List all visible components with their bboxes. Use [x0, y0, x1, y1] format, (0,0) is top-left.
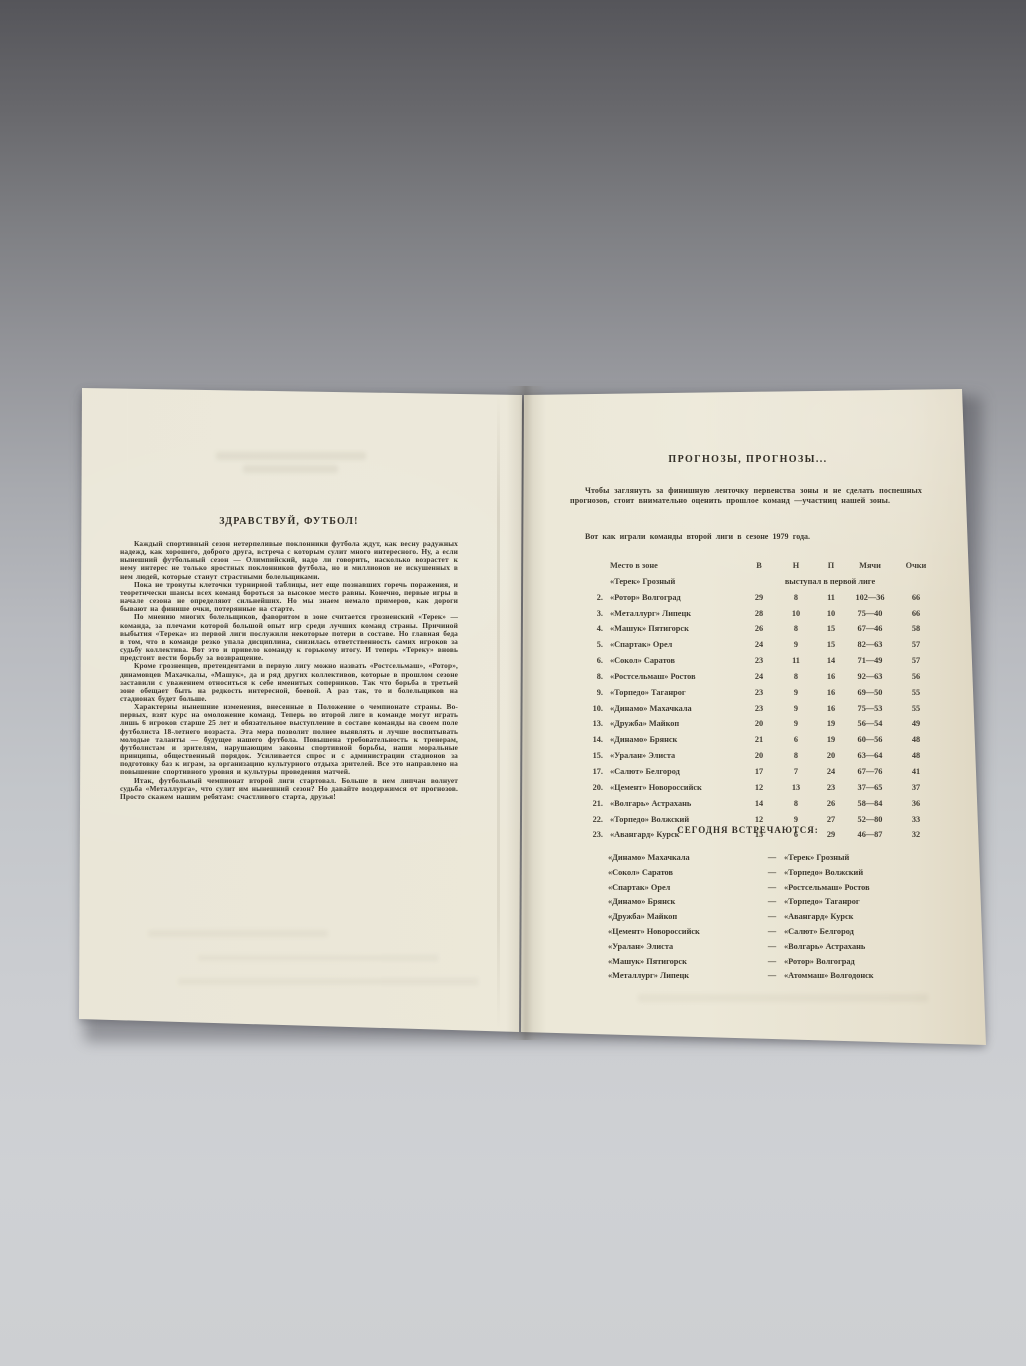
cell-wins: 24: [750, 640, 768, 649]
cell-wins: 28: [750, 609, 768, 618]
matchup-row: «Металлург» Липецк — «Атоммаш» Волгодонс…: [608, 971, 948, 986]
cell-points: 36: [895, 799, 937, 808]
cell-team: «Спартак» Орел: [603, 640, 750, 649]
home-team: «Сокол» Саратов: [608, 868, 760, 877]
vs-dash: —: [760, 883, 784, 892]
cell-losses: 26: [822, 799, 840, 808]
table-row: 14. «Динамо» Брянск 21 6 19 60—56 48: [583, 735, 928, 751]
cell-goals: 102—36: [845, 593, 895, 602]
cell-points: 57: [895, 656, 937, 665]
cell-place: 10.: [583, 704, 603, 713]
cell-points: 48: [895, 735, 937, 744]
home-team: «Динамо» Махачкала: [608, 853, 760, 862]
cell-place: 13.: [583, 719, 603, 728]
print-bleed-ghost: [216, 452, 366, 460]
table-header-row: Место в зоне В Н П Мячи Очки: [583, 561, 928, 577]
table-row: 4. «Машук» Пятигорск 26 8 15 67—46 58: [583, 624, 928, 640]
cell-points: 58: [895, 624, 937, 633]
home-team: «Уралан» Элиста: [608, 942, 760, 951]
article-paragraph: Характерны нынешние изменения, внесенные…: [120, 703, 458, 776]
cell-wins: 29: [750, 593, 768, 602]
cell-draws: 9: [787, 815, 805, 824]
vs-dash: —: [760, 927, 784, 936]
cell-draws: 13: [787, 783, 805, 792]
cell-points: 56: [895, 672, 937, 681]
away-team: «Авангард» Курск: [784, 912, 948, 921]
cell-goals: 60—56: [845, 735, 895, 744]
away-team: «Торпедо» Таганрог: [784, 897, 948, 906]
cell-place: 14.: [583, 735, 603, 744]
table-row: 5. «Спартак» Орел 24 9 15 82—63 57: [583, 640, 928, 656]
cell-losses: 24: [822, 767, 840, 776]
left-page-article: Каждый спортивный сезон нетерпеливые пок…: [120, 540, 458, 801]
cell-points: 55: [895, 688, 937, 697]
cell-draws: 7: [787, 767, 805, 776]
cell-draws: 11: [787, 656, 805, 665]
cell-draws: 9: [787, 640, 805, 649]
cell-draws: 9: [787, 704, 805, 713]
cell-place: 21.: [583, 799, 603, 808]
vs-dash: —: [760, 957, 784, 966]
cell-place: 22.: [583, 815, 603, 824]
matchup-row: «Спартак» Орел — «Ростсельмаш» Ростов: [608, 883, 948, 898]
cell-wins: 23: [750, 704, 768, 713]
print-bleed-ghost: [243, 465, 338, 473]
cell-goals: 56—54: [845, 719, 895, 728]
table-row: 6. «Сокол» Саратов 23 11 14 71—49 57: [583, 656, 928, 672]
cell-team: «Торпедо» Таганрог: [603, 688, 750, 697]
matchup-rows: «Динамо» Махачкала — «Терек» Грозный «Со…: [608, 853, 948, 986]
vs-dash: —: [760, 942, 784, 951]
cell-place: 4.: [583, 624, 603, 633]
cell-team: «Торпедо» Волжский: [603, 815, 750, 824]
table-row: 13. «Дружба» Майкоп 20 9 19 56—54 49: [583, 719, 928, 735]
cell-goals: 92—63: [845, 672, 895, 681]
matchup-row: «Динамо» Брянск — «Торпедо» Таганрог: [608, 897, 948, 912]
cell-wins: 26: [750, 624, 768, 633]
cell-losses: 15: [822, 640, 840, 649]
vs-dash: —: [760, 853, 784, 862]
table-row: 10. «Динамо» Махачкала 23 9 16 75—53 55: [583, 704, 928, 720]
cell-losses: 15: [822, 624, 840, 633]
cell-draws: 10: [787, 609, 805, 618]
article-paragraph: Кроме грозненцев, претендентами в первую…: [120, 662, 458, 703]
away-team: «Торпедо» Волжский: [784, 868, 948, 877]
cell-draws: 9: [787, 688, 805, 697]
home-team: «Машук» Пятигорск: [608, 957, 760, 966]
matchup-row: «Уралан» Элиста — «Волгарь» Астрахань: [608, 942, 948, 957]
cell-losses: 16: [822, 688, 840, 697]
cell-points: 66: [895, 609, 937, 618]
matchup-row: «Цемент» Новороссийск — «Салют» Белгород: [608, 927, 948, 942]
cell-team: «Динамо» Махачкала: [603, 704, 750, 713]
cell-draws: 8: [787, 593, 805, 602]
cell-losses: 27: [822, 815, 840, 824]
cell-team: «Уралан» Элиста: [603, 751, 750, 760]
article-paragraph: По мнению многих болельщиков, фаворитом …: [120, 613, 458, 662]
vs-dash: —: [760, 912, 784, 921]
cell-wins: 20: [750, 719, 768, 728]
cell-losses: 19: [822, 735, 840, 744]
header-points: Очки: [895, 561, 937, 570]
table-row: 3. «Металлург» Липецк 28 10 10 75—40 66: [583, 609, 928, 625]
cell-points: 33: [895, 815, 937, 824]
cell-place: 2.: [583, 593, 603, 602]
vs-dash: —: [760, 897, 784, 906]
cell-losses: 11: [822, 593, 840, 602]
cell-wins: 12: [750, 783, 768, 792]
cell-wins: 21: [750, 735, 768, 744]
cell-wins: 23: [750, 656, 768, 665]
cell-goals: 67—46: [845, 624, 895, 633]
cell-place: 20.: [583, 783, 603, 792]
cell-team: «Сокол» Саратов: [603, 656, 750, 665]
vs-dash: —: [760, 868, 784, 877]
article-paragraph: Итак, футбольный чемпионат второй лиги с…: [120, 777, 458, 801]
away-team: «Волгарь» Астрахань: [784, 942, 948, 951]
cell-goals: 71—49: [845, 656, 895, 665]
table-row: 8. «Ростсельмаш» Ростов 24 8 16 92—63 56: [583, 672, 928, 688]
print-bleed-ghost: [148, 930, 328, 937]
matchup-row: «Сокол» Саратов — «Торпедо» Волжский: [608, 868, 948, 883]
away-team: «Атоммаш» Волгодонск: [784, 971, 948, 980]
right-page-title: ПРОГНОЗЫ, ПРОГНОЗЫ...: [573, 454, 923, 465]
table-row: 21. «Волгарь» Астрахань 14 8 26 58—84 36: [583, 799, 928, 815]
home-team: «Спартак» Орел: [608, 883, 760, 892]
cell-goals: 82—63: [845, 640, 895, 649]
away-team: «Ротор» Волгоград: [784, 957, 948, 966]
cell-goals: 37—65: [845, 783, 895, 792]
cell-goals: 63—64: [845, 751, 895, 760]
cell-goals: 75—53: [845, 704, 895, 713]
cell-points: 49: [895, 719, 937, 728]
cell-draws: 8: [787, 751, 805, 760]
cell-wins: 17: [750, 767, 768, 776]
open-booklet: ЗДРАВСТВУЙ, ФУТБОЛ! Каждый спортивный се…: [78, 382, 990, 1054]
cell-losses: 23: [822, 783, 840, 792]
cell-team: «Ротор» Волгоград: [603, 593, 750, 602]
cell-points: 55: [895, 704, 937, 713]
home-team: «Цемент» Новороссийск: [608, 927, 760, 936]
cell-team: «Динамо» Брянск: [603, 735, 750, 744]
home-team: «Дружба» Майкоп: [608, 912, 760, 921]
cell-wins: 14: [750, 799, 768, 808]
cell-losses: 20: [822, 751, 840, 760]
cell-wins: 24: [750, 672, 768, 681]
forecast-intro: Чтобы заглянуть за финишную ленточку пер…: [570, 486, 922, 507]
cell-team: «Металлург» Липецк: [603, 609, 750, 618]
cell-team: «Волгарь» Астрахань: [603, 799, 750, 808]
today-heading: СЕГОДНЯ ВСТРЕЧАЮТСЯ:: [573, 825, 923, 835]
print-bleed-ghost: [198, 955, 438, 961]
away-team: «Терек» Грозный: [784, 853, 948, 862]
matchups-list: «Динамо» Махачкала — «Терек» Грозный «Со…: [608, 853, 948, 986]
cell-place: 17.: [583, 767, 603, 776]
cell-points: 48: [895, 751, 937, 760]
article-paragraph: Пока не тронуты клеточки турнирной табли…: [120, 581, 458, 614]
cell-points: 41: [895, 767, 937, 776]
cell-draws: 8: [787, 672, 805, 681]
cell-place: 5.: [583, 640, 603, 649]
table-row: 17. «Салют» Белгород 17 7 24 67—76 41: [583, 767, 928, 783]
cell-team: «Дружба» Майкоп: [603, 719, 750, 728]
home-team: «Металлург» Липецк: [608, 971, 760, 980]
away-team: «Ростсельмаш» Ростов: [784, 883, 948, 892]
left-page-title: ЗДРАВСТВУЙ, ФУТБОЛ!: [120, 516, 458, 527]
vs-dash: —: [760, 971, 784, 980]
header-place-label: Место в зоне: [603, 561, 750, 570]
cell-note: выступал в первой лиге: [745, 577, 915, 586]
cell-wins: 12: [750, 815, 768, 824]
cell-losses: 16: [822, 704, 840, 713]
cell-goals: 67—76: [845, 767, 895, 776]
cell-team: «Салют» Белгород: [603, 767, 750, 776]
cell-team: «Машук» Пятигорск: [603, 624, 750, 633]
cell-points: 66: [895, 593, 937, 602]
away-team: «Салют» Белгород: [784, 927, 948, 936]
cell-place: 3.: [583, 609, 603, 618]
cell-goals: 52—80: [845, 815, 895, 824]
page-crease: [497, 394, 500, 1030]
cell-losses: 10: [822, 609, 840, 618]
table-row-terek: «Терек» Грозный выступал в первой лиге: [583, 577, 928, 593]
cell-wins: 20: [750, 751, 768, 760]
cell-place: 6.: [583, 656, 603, 665]
cell-place: 8.: [583, 672, 603, 681]
cell-team: «Цемент» Новороссийск: [603, 783, 750, 792]
cell-points: 57: [895, 640, 937, 649]
print-bleed-ghost: [638, 994, 928, 1002]
matchup-row: «Машук» Пятигорск — «Ротор» Волгоград: [608, 957, 948, 972]
cell-goals: 58—84: [845, 799, 895, 808]
cell-team: «Ростсельмаш» Ростов: [603, 672, 750, 681]
table-row: 9. «Торпедо» Таганрог 23 9 16 69—50 55: [583, 688, 928, 704]
table-row: 2. «Ротор» Волгоград 29 8 11 102—36 66: [583, 593, 928, 609]
cell-draws: 8: [787, 624, 805, 633]
cell-losses: 14: [822, 656, 840, 665]
cell-wins: 23: [750, 688, 768, 697]
cell-draws: 9: [787, 719, 805, 728]
season-line: Вот как играли команды второй лиги в сез…: [570, 532, 922, 541]
matchup-row: «Динамо» Махачкала — «Терек» Грозный: [608, 853, 948, 868]
matchup-row: «Дружба» Майкоп — «Авангард» Курск: [608, 912, 948, 927]
cell-goals: 75—40: [845, 609, 895, 618]
header-draws: Н: [787, 561, 805, 570]
cell-losses: 19: [822, 719, 840, 728]
standings-rows: 2. «Ротор» Волгоград 29 8 11 102—36 66 3…: [583, 593, 928, 847]
header-wins: В: [750, 561, 768, 570]
cell-goals: 69—50: [845, 688, 895, 697]
header-goals: Мячи: [845, 561, 895, 570]
photo-of-open-programme: ЗДРАВСТВУЙ, ФУТБОЛ! Каждый спортивный се…: [0, 0, 1026, 1366]
table-row: 20. «Цемент» Новороссийск 12 13 23 37—65…: [583, 783, 928, 799]
cell-draws: 6: [787, 735, 805, 744]
cell-draws: 8: [787, 799, 805, 808]
cell-team: «Терек» Грозный: [603, 577, 750, 586]
cell-place: 15.: [583, 751, 603, 760]
cell-place: 9.: [583, 688, 603, 697]
standings-table: Место в зоне В Н П Мячи Очки «Терек» Гро…: [583, 561, 928, 846]
cell-points: 37: [895, 783, 937, 792]
header-losses: П: [822, 561, 840, 570]
table-row: 15. «Уралан» Элиста 20 8 20 63—64 48: [583, 751, 928, 767]
article-paragraph: Каждый спортивный сезон нетерпеливые пок…: [120, 540, 458, 581]
home-team: «Динамо» Брянск: [608, 897, 760, 906]
print-bleed-ghost: [178, 978, 478, 985]
cell-losses: 16: [822, 672, 840, 681]
